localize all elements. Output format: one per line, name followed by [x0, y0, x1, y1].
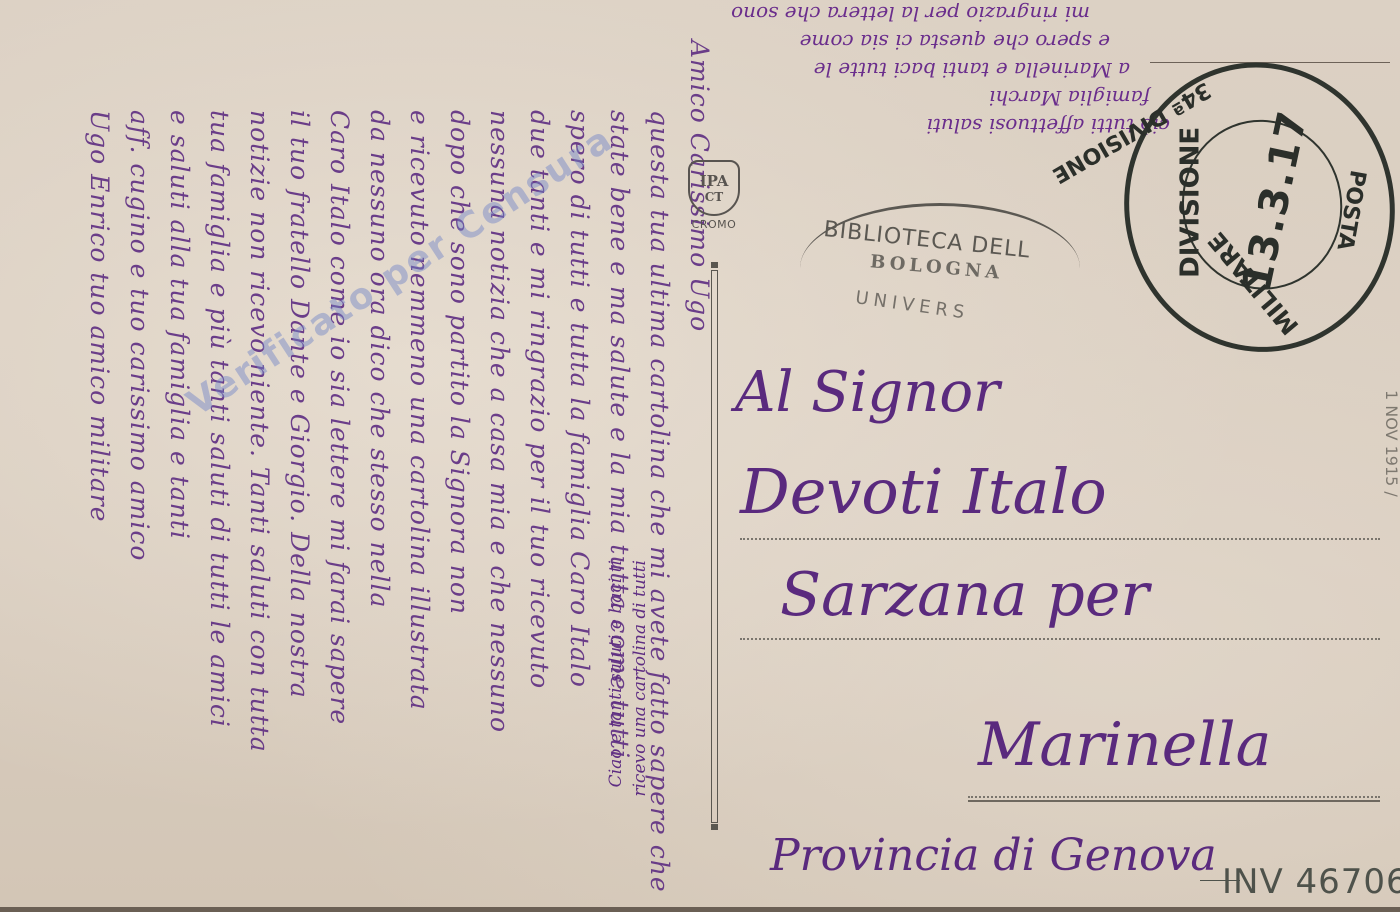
- address-name: Devoti Italo: [740, 455, 1107, 528]
- message-line: e ricevuto nemmeno una cartolina illustr…: [405, 110, 434, 711]
- message-line: da nessuno ora dico che stesso nella: [365, 110, 394, 608]
- upside-down-message: ciò tutti affettuosi salutifamiglia Marc…: [610, 0, 1170, 140]
- address-province: Provincia di Genova: [770, 830, 1217, 881]
- message-line: Caro Italo come io sia lettere mi farai …: [325, 110, 354, 725]
- upside-down-line: e spero che questa ci sia come: [610, 28, 1170, 56]
- address-line-1: [740, 538, 1380, 540]
- upside-down-line: ciò tutti affettuosi saluti: [610, 112, 1170, 140]
- side-note-2: ricevo una cartolina di tutti: [630, 560, 650, 797]
- message-line: notizie non ricevo niente. Tanti saluti …: [245, 110, 274, 753]
- message-line: il tuo fratello Dante e Giorgio. Della n…: [285, 110, 314, 699]
- message-line: aff. cugino e tuo carissimo amico: [125, 110, 154, 561]
- postmark-text-division: DIVISIONE: [1175, 127, 1205, 278]
- divider-cap-top: [711, 262, 718, 268]
- address-underline: [968, 800, 1380, 802]
- center-divider: [711, 270, 718, 823]
- address-locality: Marinella: [978, 710, 1271, 780]
- side-note-1: Ciao e tanti saluti e baci ti: [606, 560, 626, 787]
- library-stamp: BIBLIOTECA DELL BOLOGNA UNIVERS: [795, 195, 1085, 345]
- address-salutation: Al Signor: [735, 360, 1000, 425]
- message-line: Ugo Enrico tuo amico militare: [85, 110, 114, 523]
- postcard: Amico Carissimo Ugoquesta tua ultima car…: [0, 0, 1400, 912]
- logo-top-text: IPA: [700, 173, 729, 190]
- divider-cap-bottom: [711, 824, 718, 830]
- publisher-logo: IPA CT CROMO: [678, 160, 750, 250]
- address-city: Sarzana per: [780, 560, 1149, 630]
- upside-down-line: a Marinella e tanti baci tutte le: [610, 56, 1170, 84]
- upside-down-line: famiglia Marchi: [610, 84, 1170, 112]
- logo-middle-text: CT: [705, 190, 723, 204]
- address-line-2: [740, 638, 1380, 640]
- message-line: spero di tutti e tutta la famiglia Caro …: [565, 110, 594, 688]
- upside-down-line: mi ringrazio per la lettera che sono: [610, 0, 1170, 28]
- message-line: e saluti alla tua famiglia e tanti: [165, 110, 194, 540]
- inventory-number: INV 46706: [1222, 862, 1400, 902]
- address-line-3: [968, 796, 1380, 798]
- postmark: DIVISIONE MILITARE 34ª DIVISIONE POSTA 1…: [1101, 41, 1400, 380]
- edge-note: 1 NOV 1915 /: [1382, 390, 1400, 497]
- shield-icon: IPA CT: [688, 160, 740, 216]
- message-line: dopo che sono partito la Signora non: [445, 110, 474, 615]
- logo-bottom-text: CROMO: [678, 218, 750, 231]
